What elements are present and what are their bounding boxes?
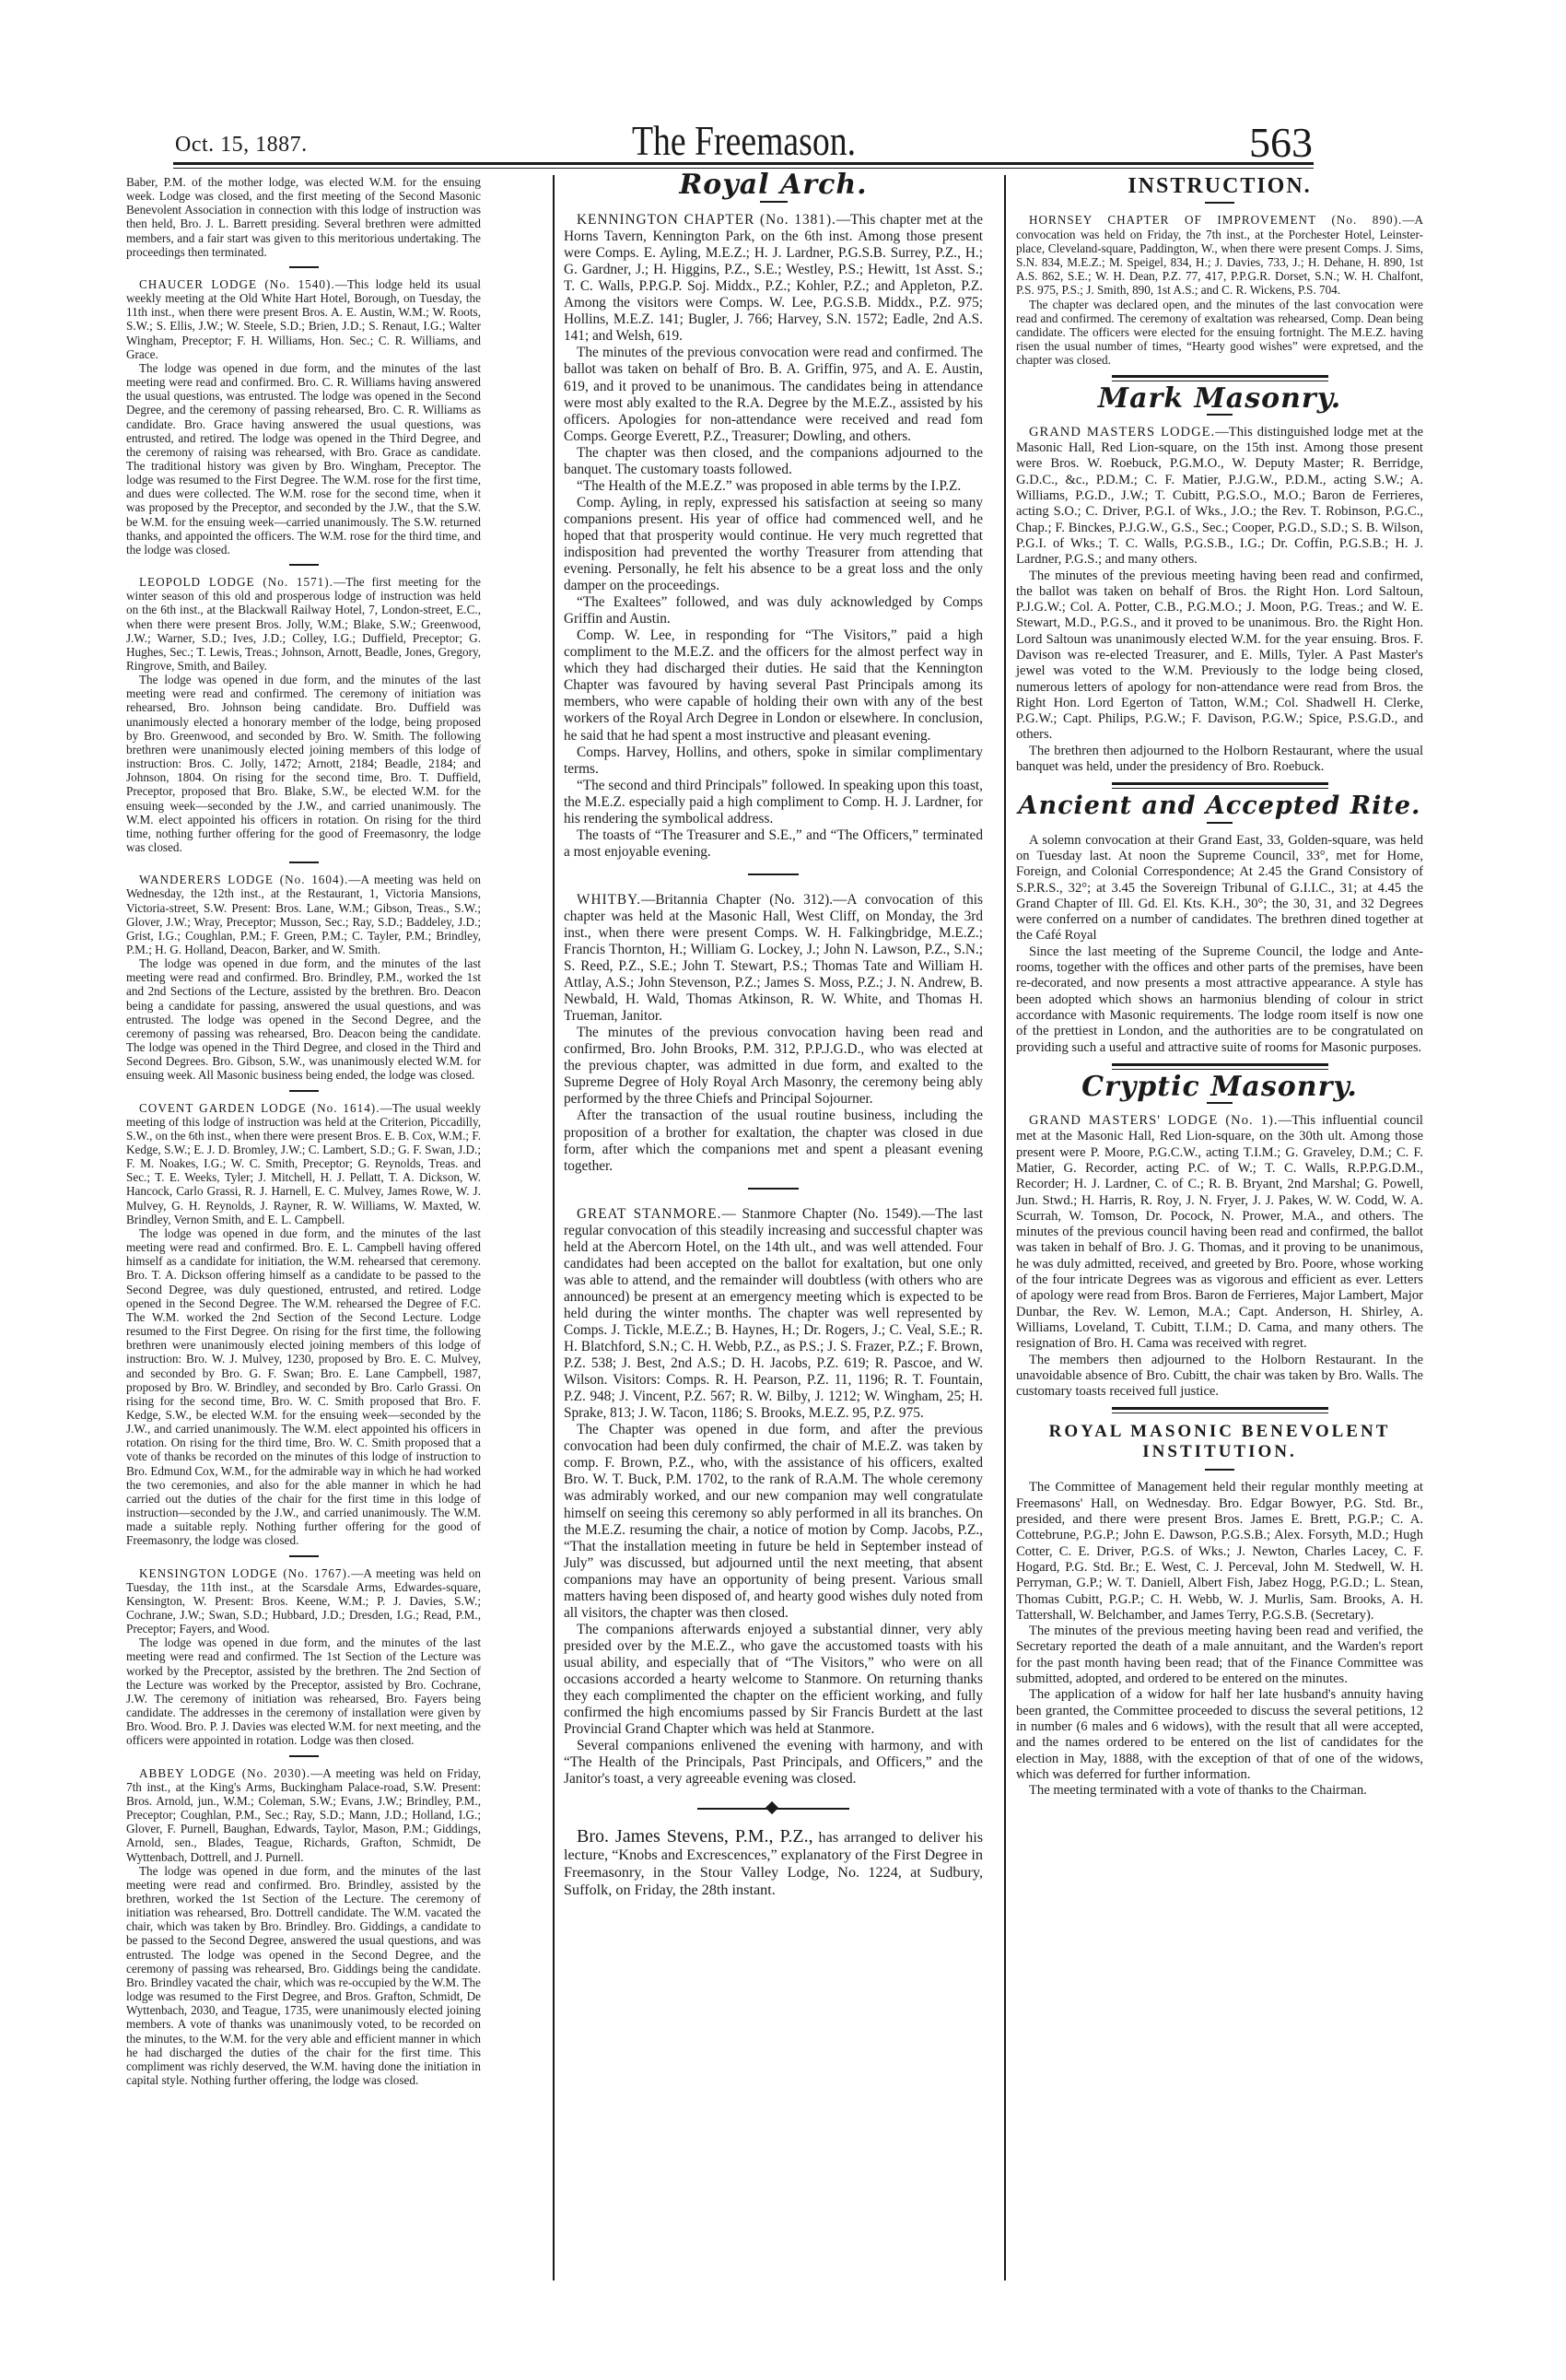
article-paragraph: The brethren then adjourned to the Holbo… (1016, 744, 1423, 776)
article-paragraph: The meeting terminated with a vote of th… (1016, 1783, 1423, 1799)
masthead-rule (173, 162, 1314, 165)
article-covent-garden-lodge: COVENT GARDEN LODGE (No. 1614).—The usua… (126, 1101, 481, 1548)
article-abbey-lodge: ABBEY LODGE (No. 2030).—A meeting was he… (126, 1766, 481, 2088)
article-paragraph: Comp. Ayling, in reply, expressed his sa… (564, 495, 983, 594)
article-heading: KENNINGTON CHAPTER (No. 1381). (577, 212, 836, 228)
article-heading: CHAUCER LODGE (No. 1540). (139, 277, 335, 291)
section-title-mark-masonry: Mark Masonry. (1016, 391, 1423, 406)
article-heading: GREAT STANMORE. (577, 1206, 722, 1222)
column-divider-left (553, 175, 555, 2280)
column-other-degrees: INSTRUCTION. HORNSEY CHAPTER OF IMPROVEM… (1016, 175, 1423, 1799)
section-rule (1112, 782, 1328, 789)
section-rule (1112, 375, 1328, 381)
ornamental-separator (697, 1808, 849, 1810)
article-paragraph: The chapter was declared open, and the m… (1016, 298, 1423, 368)
article-paragraph: The lodge was opened in due form, and th… (126, 1864, 481, 2088)
article-leopold-lodge: LEOPOLD LODGE (No. 1571).—The first meet… (126, 575, 481, 854)
separator (1207, 822, 1233, 824)
masthead: Oct. 15, 1887. The Freemason. 563 (175, 111, 1313, 164)
article-paragraph: “The second and third Principals” follow… (564, 778, 983, 827)
article-whitby-britannia-chapter: WHITBY.—Britannia Chapter (No. 312).—A c… (564, 892, 983, 1175)
article-paragraph: After the transaction of the usual routi… (564, 1108, 983, 1174)
notice-lecture-announcement: Bro. James Stevens, P.M., P.Z., has arra… (564, 1828, 983, 1899)
section-title-benevolent-line1: ROYAL MASONIC BENEVOLENT (1016, 1423, 1423, 1441)
section-title-instruction: INSTRUCTION. (1016, 179, 1423, 194)
article-paragraph: The lodge was opened in due form, and th… (126, 1226, 481, 1548)
separator (289, 1755, 319, 1757)
article-great-stanmore-chapter: GREAT STANMORE.— Stanmore Chapter (No. 1… (564, 1206, 983, 1788)
article-grand-masters-lodge-cryptic: GRAND MASTERS' LODGE (No. 1).—This influ… (1016, 1113, 1423, 1400)
article-paragraph: The minutes of the previous meeting havi… (1016, 569, 1423, 744)
article-grand-masters-lodge-mark: GRAND MASTERS LODGE.—This distinguished … (1016, 425, 1423, 776)
article-heading: KENSINGTON LODGE (No. 1767). (139, 1566, 351, 1580)
article-heading: GRAND MASTERS' LODGE (No. 1). (1029, 1113, 1278, 1128)
article-paragraph: Several companions enlivened the evening… (564, 1738, 983, 1788)
article-heading: WANDERERS LODGE (No. 1604). (139, 873, 348, 886)
publication-title: The Freemason. (277, 116, 1210, 165)
continuation-paragraph: Baber, P.M. of the mother lodge, was ele… (126, 175, 481, 259)
article-heading: ABBEY LODGE (No. 2030). (139, 1766, 310, 1780)
article-supreme-council: A solemn convocation at their Grand East… (1016, 833, 1423, 1056)
article-paragraph: The lodge was opened in due form, and th… (126, 1636, 481, 1747)
section-title-ancient-accepted-rite: Ancient and Accepted Rite. (1016, 798, 1423, 814)
article-paragraph: “The Health of the M.E.Z.” was proposed … (564, 478, 983, 495)
article-paragraph: The toasts of “The Treasurer and S.E.,” … (564, 827, 983, 861)
article-paragraph: The chapter was then closed, and the com… (564, 445, 983, 478)
page-number: 563 (1249, 118, 1313, 167)
article-hornsey-chapter: HORNSEY CHAPTER OF IMPROVEMENT (No. 890)… (1016, 213, 1423, 367)
article-heading: GRAND MASTERS LODGE. (1029, 425, 1215, 440)
article-paragraph: Comps. Harvey, Hollins, and others, spok… (564, 744, 983, 778)
article-paragraph: The lodge was opened in due form, and th… (126, 673, 481, 854)
article-heading: COVENT GARDEN LODGE (No. 1614). (139, 1101, 380, 1115)
article-paragraph: The members then adjourned to the Holbor… (1016, 1353, 1423, 1401)
column-lodges-of-instruction: Baber, P.M. of the mother lodge, was ele… (126, 175, 481, 2087)
section-title-royal-arch: Royal Arch. (564, 177, 983, 193)
article-paragraph: “The Exaltees” followed, and was duly ac… (564, 594, 983, 627)
separator (289, 1555, 319, 1557)
article-paragraph: The companions afterwards enjoyed a subs… (564, 1622, 983, 1738)
article-paragraph: Since the last meeting of the Supreme Co… (1016, 944, 1423, 1056)
column-divider-right (1004, 175, 1006, 2280)
article-paragraph: The minutes of the previous convocation … (564, 1025, 983, 1108)
notice-lead: Bro. James Stevens, P.M., P.Z., (577, 1826, 813, 1847)
separator (1205, 1469, 1234, 1471)
article-paragraph: The Chapter was opened in due form, and … (564, 1422, 983, 1622)
article-kennington-chapter: KENNINGTON CHAPTER (No. 1381).—This chap… (564, 212, 983, 861)
article-kensington-lodge: KENSINGTON LODGE (No. 1767).—A meeting w… (126, 1566, 481, 1748)
section-rule (1112, 1063, 1328, 1070)
article-paragraph: The application of a widow for half her … (1016, 1687, 1423, 1783)
separator (289, 862, 319, 863)
separator (748, 873, 799, 875)
article-paragraph: The Committee of Management held their r… (1016, 1480, 1423, 1624)
separator (1205, 202, 1234, 204)
article-benevolent-institution: The Committee of Management held their r… (1016, 1480, 1423, 1799)
column-royal-arch: Royal Arch. KENNINGTON CHAPTER (No. 1381… (564, 175, 983, 1899)
article-chaucer-lodge: CHAUCER LODGE (No. 1540).—This lodge hel… (126, 277, 481, 557)
article-heading: WHITBY. (577, 892, 641, 908)
separator (748, 1188, 799, 1190)
section-rule (1112, 1407, 1328, 1413)
separator (289, 1090, 319, 1092)
separator (289, 266, 319, 268)
article-heading: HORNSEY CHAPTER OF IMPROVEMENT (No. 890)… (1029, 213, 1402, 227)
article-heading: LEOPOLD LODGE (No. 1571). (139, 575, 333, 589)
article-paragraph: Comp. W. Lee, in responding for “The Vis… (564, 627, 983, 744)
article-paragraph: The lodge was opened in due form, and th… (126, 361, 481, 557)
article-wanderers-lodge: WANDERERS LODGE (No. 1604).—A meeting wa… (126, 873, 481, 1082)
section-title-cryptic-masonry: Cryptic Masonry. (1016, 1079, 1423, 1095)
article-paragraph: A solemn convocation at their Grand East… (1016, 833, 1423, 944)
section-title-benevolent-line2: INSTITUTION. (1016, 1443, 1423, 1461)
separator (289, 564, 319, 566)
separator (760, 201, 788, 203)
article-paragraph: The minutes of the previous convocation … (564, 345, 983, 444)
article-paragraph: The lodge was opened in due form, and th… (126, 956, 481, 1082)
article-paragraph: The minutes of the previous meeting havi… (1016, 1624, 1423, 1687)
